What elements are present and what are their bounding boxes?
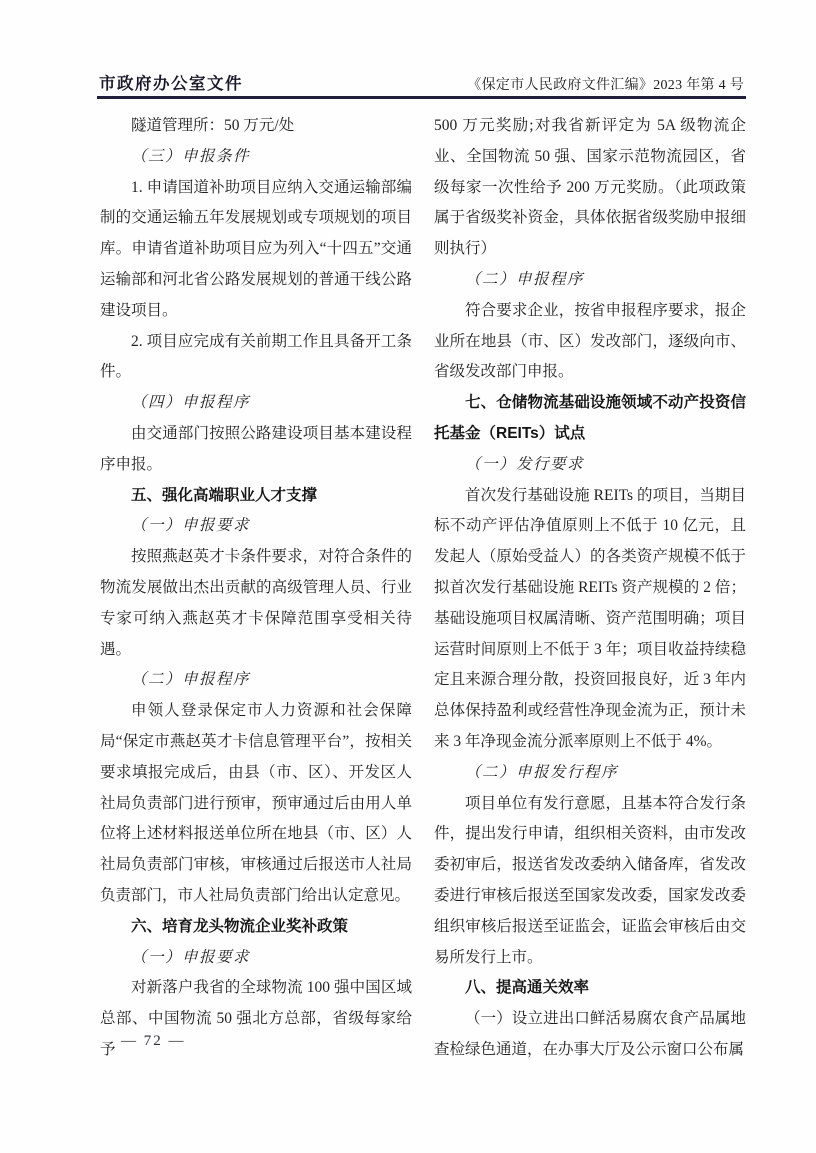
document-page: 市政府办公室文件 《保定市人民政府文件汇编》2023 年第 4 号 隧道管理所：… xyxy=(0,0,816,1153)
right-column: 500 万元奖励;对我省新评定为 5A 级物流企业、全国物流 50 强、国家示范… xyxy=(434,111,746,1066)
sub-heading: （一）申报要求 xyxy=(100,511,412,542)
header-right-title: 《保定市人民政府文件汇编》2023 年第 4 号 xyxy=(467,74,744,94)
body-paragraph: 符合要求企业，按省申报程序要求，报企业所在地县（市、区）发改部门，逐级向市、省级… xyxy=(434,296,746,388)
section-heading: 八、提高通关效率 xyxy=(434,973,746,1004)
page-number: — 72 — xyxy=(121,1033,186,1050)
header-left-title: 市政府办公室文件 xyxy=(99,70,243,94)
body-paragraph: 按照燕赵英才卡条件要求，对符合条件的物流发展做出杰出贡献的高级管理人员、行业专家… xyxy=(100,542,412,665)
page-header: 市政府办公室文件 《保定市人民政府文件汇编》2023 年第 4 号 xyxy=(99,70,744,94)
header-rule-divider xyxy=(97,96,746,99)
body-paragraph: 2. 项目应完成有关前期工作且具备开工条件。 xyxy=(100,327,412,389)
body-paragraph: 1. 申请国道补助项目应纳入交通运输部编制的交通运输五年发展规划或专项规划的项目… xyxy=(100,173,412,327)
left-column: 隧道管理所：50 万元/处（三）申报条件1. 申请国道补助项目应纳入交通运输部编… xyxy=(100,111,412,1066)
body-paragraph: 项目单位有发行意愿，且基本符合发行条件，提出发行申请，组织相关资料，由市发改委初… xyxy=(434,789,746,974)
section-heading: 六、培育龙头物流企业奖补政策 xyxy=(100,912,412,943)
body-paragraph: 首次发行基础设施 REITs 的项目，当期目标不动产评估净值原则上不低于 10 … xyxy=(434,481,746,758)
document-body: 隧道管理所：50 万元/处（三）申报条件1. 申请国道补助项目应纳入交通运输部编… xyxy=(100,111,746,1066)
body-paragraph: 申领人登录保定市人力资源和社会保障局“保定市燕赵英才卡信息管理平台”，按相关要求… xyxy=(100,696,412,912)
section-heading: 七、仓储物流基础设施领域不动产投资信托基金（REITs）试点 xyxy=(434,388,746,450)
body-paragraph: 隧道管理所：50 万元/处 xyxy=(100,111,412,142)
sub-heading: （三）申报条件 xyxy=(100,142,412,173)
body-paragraph: 由交通部门按照公路建设项目基本建设程序申报。 xyxy=(100,419,412,481)
section-heading: 五、强化高端职业人才支撑 xyxy=(100,481,412,512)
sub-heading: （一）申报要求 xyxy=(100,943,412,974)
sub-heading: （四）申报程序 xyxy=(100,388,412,419)
sub-heading: （二）申报程序 xyxy=(434,265,746,296)
sub-heading: （二）申报发行程序 xyxy=(434,758,746,789)
body-paragraph: 500 万元奖励;对我省新评定为 5A 级物流企业、全国物流 50 强、国家示范… xyxy=(434,111,746,265)
body-paragraph: （一）设立进出口鲜活易腐农食产品属地查检绿色通道，在办事大厅及公示窗口公布属 xyxy=(434,1004,746,1066)
sub-heading: （一）发行要求 xyxy=(434,450,746,481)
body-paragraph: 对新落户我省的全球物流 100 强中国区域总部、中国物流 50 强北方总部，省级… xyxy=(100,973,412,1065)
sub-heading: （二）申报程序 xyxy=(100,665,412,696)
